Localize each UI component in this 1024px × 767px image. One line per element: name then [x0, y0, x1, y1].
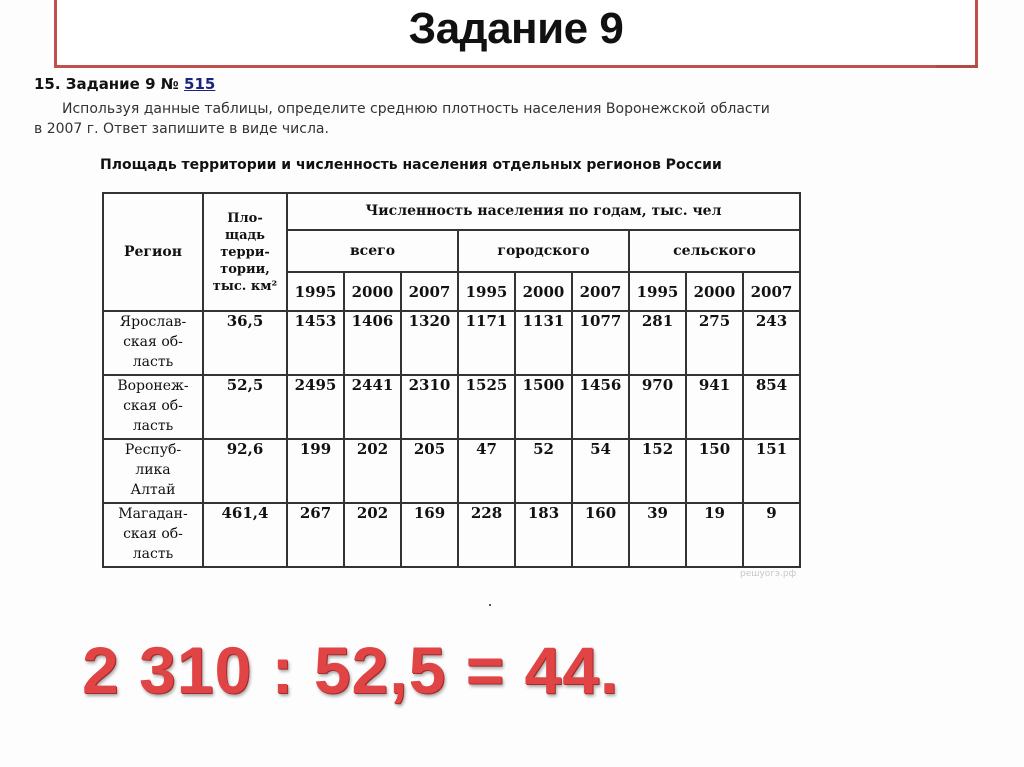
table-row: Ярослав-ская об-ласть36,5145314061320117…	[103, 311, 800, 375]
header-year: 1995	[629, 272, 686, 311]
population-cell: 150	[686, 439, 743, 503]
region-cell: Респуб-ликаАлтай	[103, 439, 203, 503]
title-box-shadow	[936, 65, 978, 68]
population-cell: 205	[401, 439, 458, 503]
problem-number-link[interactable]: 515	[184, 75, 215, 93]
stray-dot	[489, 604, 491, 606]
header-region: Регион	[103, 193, 203, 311]
region-cell: Воронеж-ская об-ласть	[103, 375, 203, 439]
header-area: Пло-щадьтерри-тории,тыс. км²	[203, 193, 287, 311]
header-area-line: тыс. км²	[204, 278, 286, 295]
population-cell: 1077	[572, 311, 629, 375]
population-cell: 1525	[458, 375, 515, 439]
population-cell: 183	[515, 503, 572, 567]
region-line: Воронеж-	[104, 376, 202, 396]
task-text-line-2: в 2007 г. Ответ запишите в виде числа.	[34, 119, 884, 139]
region-line: Респуб-	[104, 440, 202, 460]
population-cell: 275	[686, 311, 743, 375]
population-cell: 169	[401, 503, 458, 567]
header-year: 2000	[515, 272, 572, 311]
population-cell: 243	[743, 311, 800, 375]
table-row: Магадан-ская об-ласть461,426720216922818…	[103, 503, 800, 567]
answer-formula: 2 310 : 52,5 = 44.	[82, 632, 619, 708]
population-cell: 1406	[344, 311, 401, 375]
population-cell: 970	[629, 375, 686, 439]
region-line: ская об-	[104, 524, 202, 544]
header-year: 2000	[344, 272, 401, 311]
header-area-line: щадь	[204, 227, 286, 244]
population-cell: 228	[458, 503, 515, 567]
slide-title-box: Задание 9	[54, 0, 978, 68]
header-group: сельского	[629, 230, 800, 273]
area-cell: 461,4	[203, 503, 287, 567]
region-line: Ярослав-	[104, 312, 202, 332]
population-cell: 941	[686, 375, 743, 439]
region-line: Магадан-	[104, 504, 202, 524]
header-area-line: тории,	[204, 261, 286, 278]
header-group: городского	[458, 230, 629, 273]
population-cell: 202	[344, 503, 401, 567]
population-cell: 1500	[515, 375, 572, 439]
task-text-line-1: Используя данные таблицы, определите сре…	[34, 99, 884, 119]
region-line: ласть	[104, 416, 202, 436]
population-cell: 1131	[515, 311, 572, 375]
header-area-line: терри-	[204, 244, 286, 261]
slide-title: Задание 9	[57, 4, 975, 54]
population-cell: 52	[515, 439, 572, 503]
header-year: 2000	[686, 272, 743, 311]
region-line: ласть	[104, 544, 202, 564]
region-cell: Магадан-ская об-ласть	[103, 503, 203, 567]
population-cell: 151	[743, 439, 800, 503]
area-cell: 36,5	[203, 311, 287, 375]
population-cell: 9	[743, 503, 800, 567]
population-cell: 2310	[401, 375, 458, 439]
header-year: 1995	[458, 272, 515, 311]
header-year: 2007	[572, 272, 629, 311]
population-cell: 202	[344, 439, 401, 503]
header-group: всего	[287, 230, 458, 273]
table-row: Респуб-ликаАлтай92,619920220547525415215…	[103, 439, 800, 503]
population-cell: 1453	[287, 311, 344, 375]
region-line: ласть	[104, 352, 202, 372]
population-cell: 39	[629, 503, 686, 567]
region-line: ская об-	[104, 332, 202, 352]
header-population: Численность населения по годам, тыс. чел	[287, 193, 800, 230]
region-line: Алтай	[104, 480, 202, 500]
area-cell: 52,5	[203, 375, 287, 439]
population-table: Регион Пло-щадьтерри-тории,тыс. км² Числ…	[102, 192, 801, 568]
header-area-line: Пло-	[204, 210, 286, 227]
region-line: лика	[104, 460, 202, 480]
region-line: ская об-	[104, 396, 202, 416]
population-cell: 281	[629, 311, 686, 375]
task-heading-prefix: 15. Задание 9 №	[34, 75, 184, 93]
task-text: Используя данные таблицы, определите сре…	[34, 99, 884, 139]
watermark: решуогэ.рф	[740, 569, 796, 579]
population-cell: 160	[572, 503, 629, 567]
table-row: Воронеж-ская об-ласть52,5249524412310152…	[103, 375, 800, 439]
header-year: 1995	[287, 272, 344, 311]
table-caption: Площадь территории и численность населен…	[100, 157, 722, 173]
population-cell: 54	[572, 439, 629, 503]
header-year: 2007	[743, 272, 800, 311]
population-cell: 47	[458, 439, 515, 503]
population-cell: 199	[287, 439, 344, 503]
population-cell: 1320	[401, 311, 458, 375]
area-cell: 92,6	[203, 439, 287, 503]
population-cell: 1456	[572, 375, 629, 439]
population-cell: 267	[287, 503, 344, 567]
header-year: 2007	[401, 272, 458, 311]
population-cell: 2441	[344, 375, 401, 439]
task-heading: 15. Задание 9 № 515	[34, 75, 215, 93]
population-cell: 1171	[458, 311, 515, 375]
population-cell: 2495	[287, 375, 344, 439]
region-cell: Ярослав-ская об-ласть	[103, 311, 203, 375]
population-cell: 19	[686, 503, 743, 567]
population-cell: 854	[743, 375, 800, 439]
population-cell: 152	[629, 439, 686, 503]
